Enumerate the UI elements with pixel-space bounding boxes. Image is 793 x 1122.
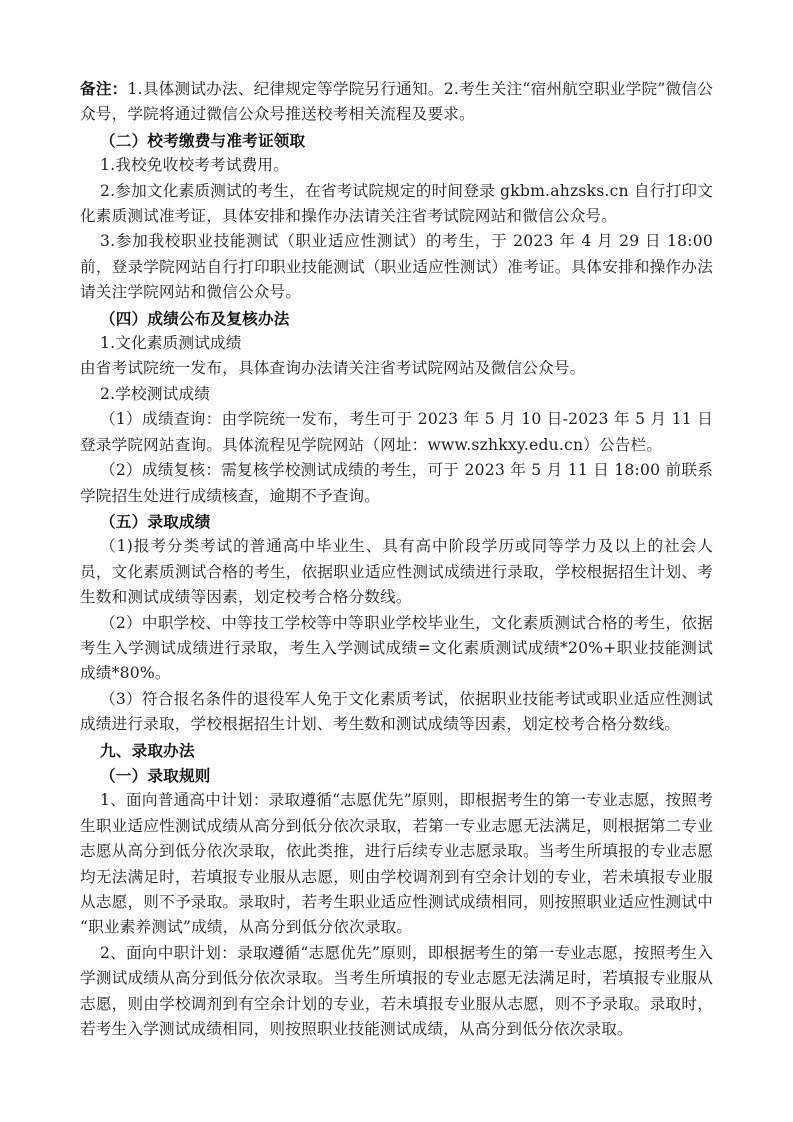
body-paragraph-regular-plan-rule: 1、面向普通高中计划：录取遵循“志愿优先”原则，即根据考生的第一专业志愿，按照考… [80,788,713,940]
note-paragraph: 备注：1.具体测试办法、纪律规定等学院另行通知。2.考生关注“宿州航空职业学院”… [80,76,713,128]
body-paragraph-province-publish: 由省考试院统一发布，具体查询办法请关注省考试院网站及微信公众号。 [80,356,713,381]
heading-admission-score: （五）录取成绩 [80,509,713,534]
body-paragraph-fee-free: 1.我校免收校考考试费用。 [80,153,713,178]
body-paragraph-veterans: （3）符合报名条件的退役军人免于文化素质考试，依据职业技能考试或职业适应性测试成… [80,687,713,738]
body-paragraph-regular-graduates: （1)报考分类考试的普通高中毕业生、具有高中阶段学历或同等学力及以上的社会人员，… [80,534,713,610]
body-paragraph-score-review: （2）成绩复核：需复核学校测试成绩的考生，可于 2023 年 5 月 11 日 … [80,458,713,509]
note-text: 1.具体测试办法、纪律规定等学院另行通知。2.考生关注“宿州航空职业学院”微信公… [80,80,713,123]
document-page: 备注：1.具体测试办法、纪律规定等学院另行通知。2.考生关注“宿州航空职业学院”… [80,76,713,1042]
body-paragraph-school-score: 2.学校测试成绩 [80,382,713,407]
body-paragraph-vocational-plan-rule: 2、面向中职计划：录取遵循“志愿优先”原则，即根据考生的第一专业志愿，按照考生入… [80,941,713,1043]
heading-campus-fee-and-ticket: （二）校考缴费与准考证领取 [80,128,713,153]
body-paragraph-vocational-graduates: （2）中职学校、中等技工学校等中等职业学校毕业生，文化素质测试合格的考生，依据考… [80,611,713,687]
note-label: 备注： [80,79,128,98]
body-paragraph-culture-test-ticket: 2.参加文化素质测试的考生，在省考试院规定的时间登录 gkbm.ahzsks.c… [80,179,713,230]
heading-admission-rules: （一）录取规则 [80,763,713,788]
heading-score-publish-review: （四）成绩公布及复核办法 [80,306,713,331]
heading-admission-method: 九、录取办法 [80,738,713,763]
body-paragraph-skill-test-ticket: 3.参加我校职业技能测试（职业适应性测试）的考生，于 2023 年 4 月 29… [80,229,713,305]
body-paragraph-score-query: （1）成绩查询：由学院统一发布，考生可于 2023 年 5 月 10 日-202… [80,407,713,458]
body-paragraph-culture-score: 1.文化素质测试成绩 [80,331,713,356]
